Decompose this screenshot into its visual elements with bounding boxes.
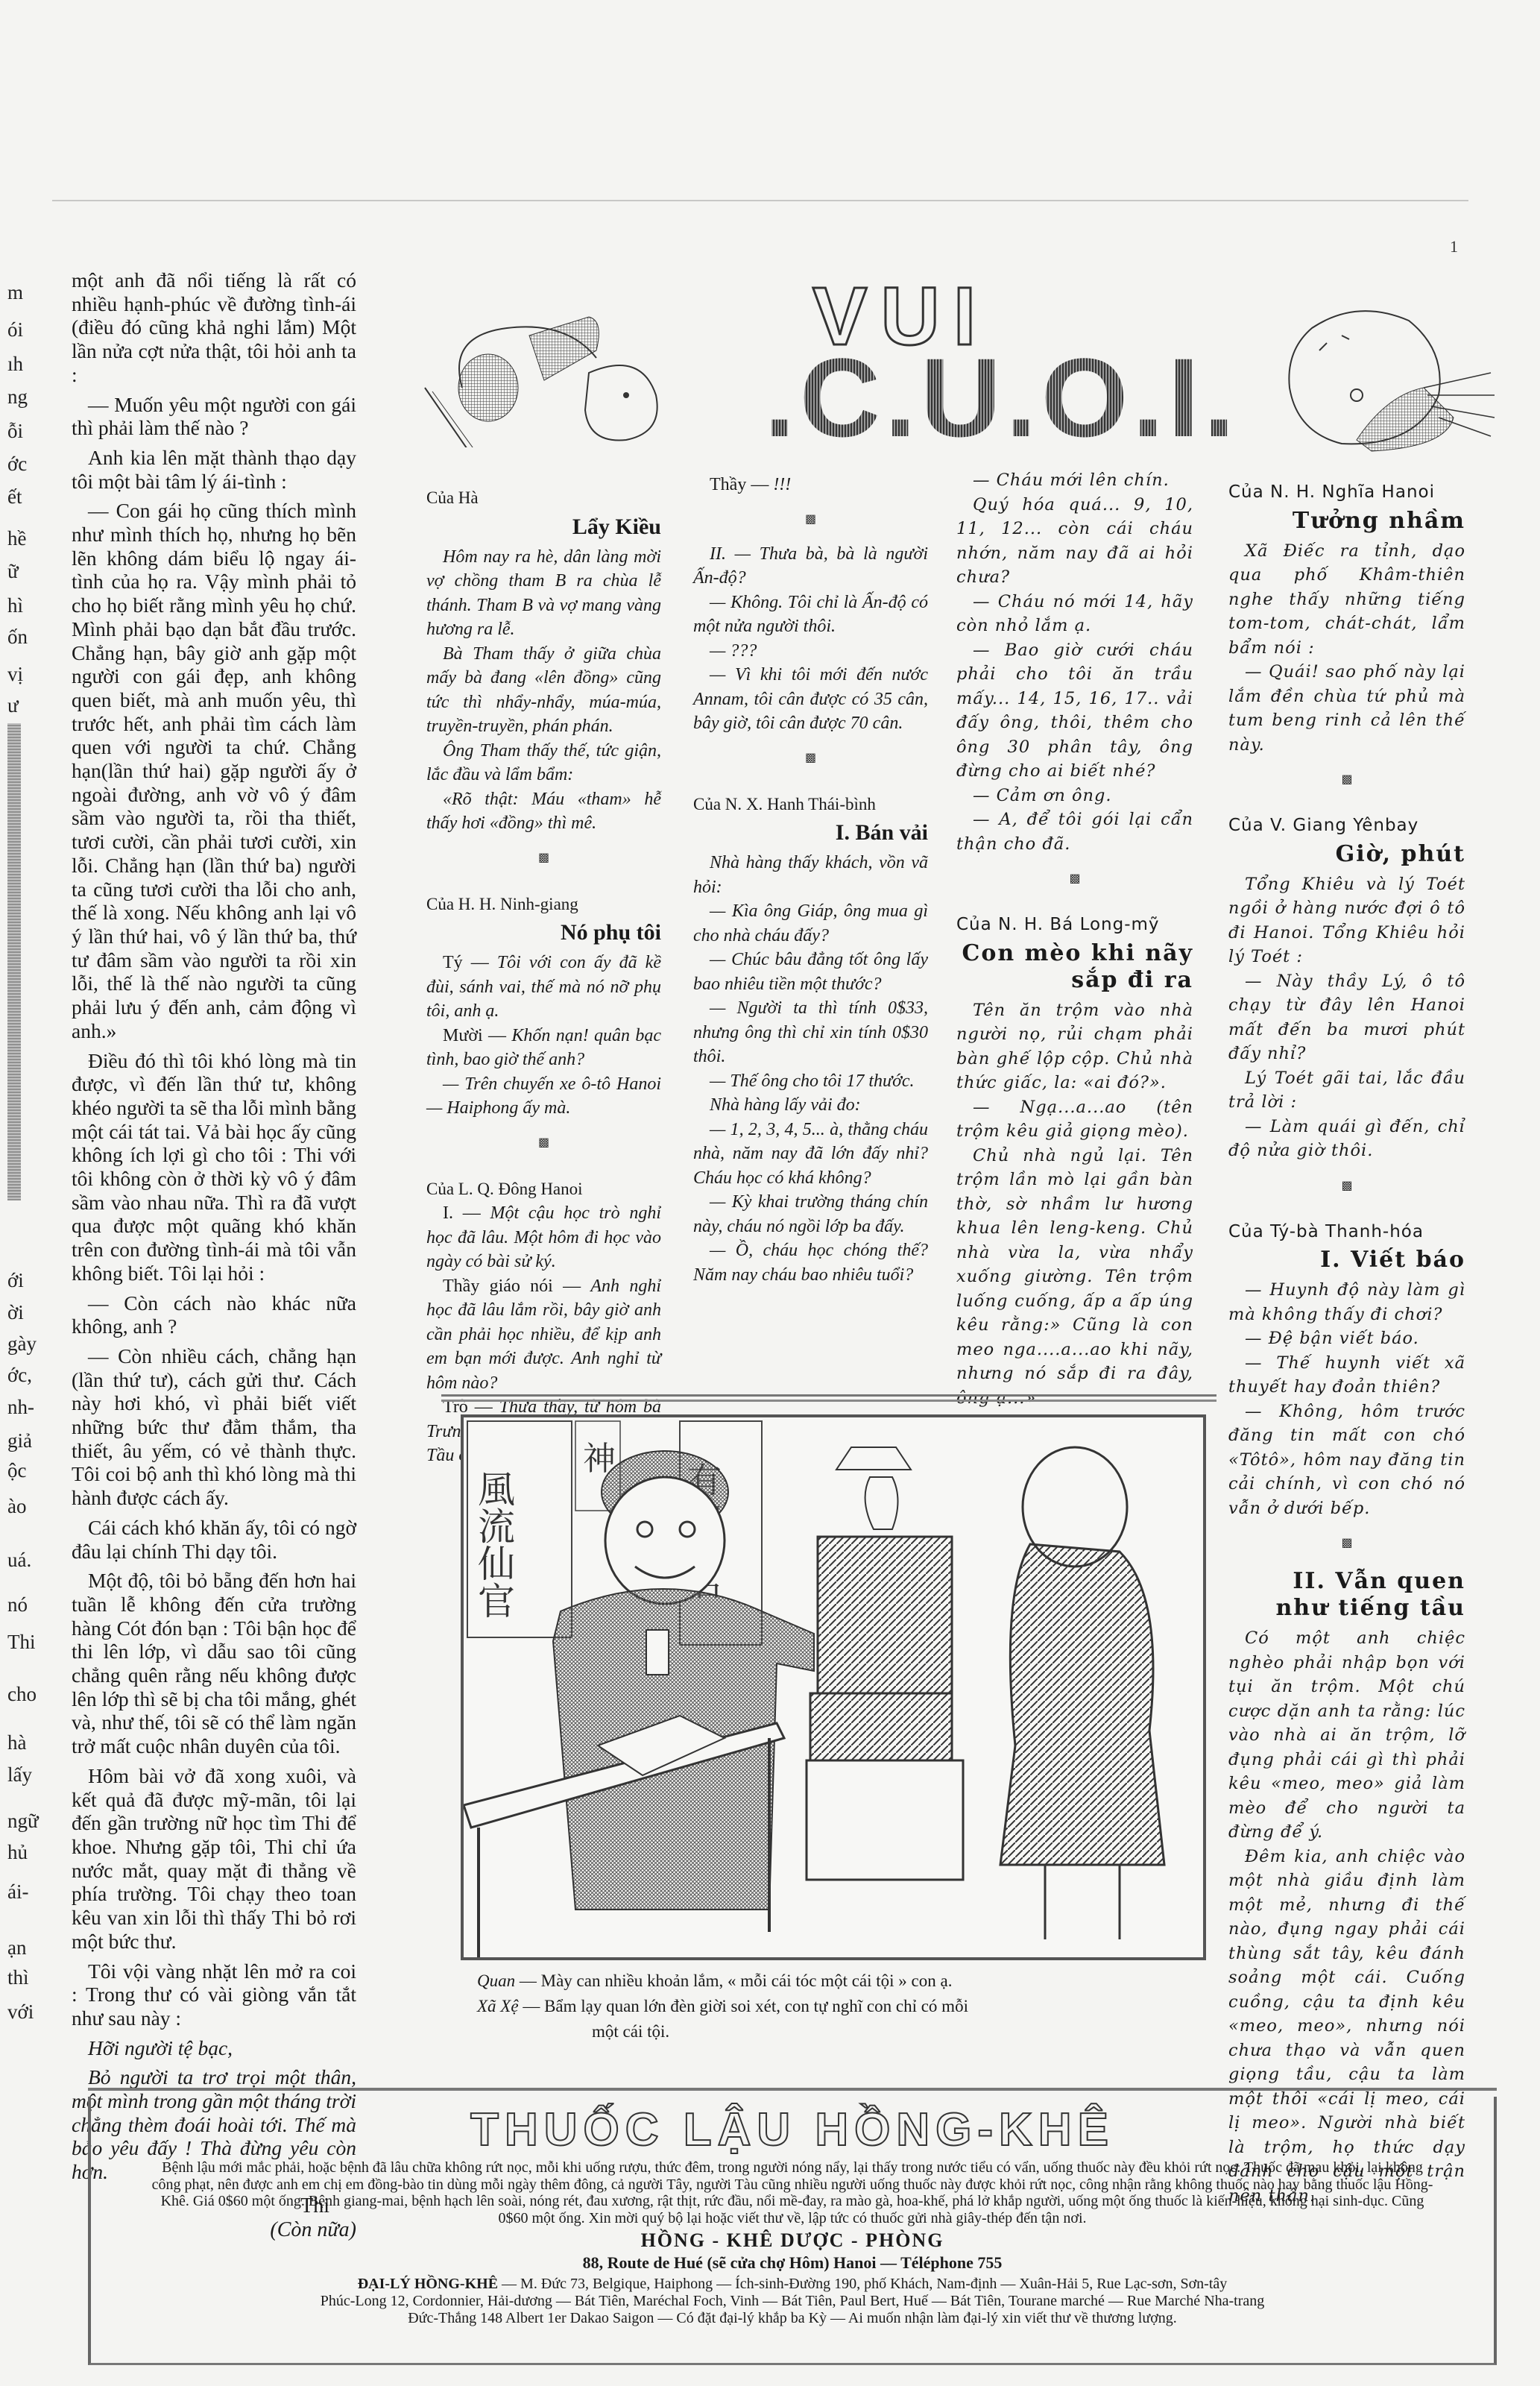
- joke-line: — Bao giờ cưới cháu phải cho tôi ăn trầu…: [956, 638, 1193, 784]
- caption-line: một cái tội.: [477, 2019, 1215, 2045]
- section-separator-icon: ▩: [956, 856, 1193, 901]
- section-separator-icon: ▩: [1228, 1520, 1465, 1565]
- joke-line: Thầy — !!!: [693, 473, 928, 497]
- section-separator-icon: ▩: [426, 836, 661, 881]
- bleed-fragment: hủ: [7, 1836, 28, 1869]
- caption-speaker: Xã Xệ: [477, 1997, 519, 2015]
- bleed-fragment: ớc: [7, 447, 27, 480]
- bleed-fragment: với: [7, 1995, 34, 2028]
- joke-byline: Của Hà: [426, 486, 661, 511]
- joke-byline: Của V. Giang Yênbay: [1228, 813, 1465, 838]
- joke-line: — Vì khi tôi mới đến nước Annam, tôi cân…: [693, 663, 928, 736]
- joke-line: — Đệ bận viết báo.: [1228, 1326, 1465, 1351]
- joke-line: Xã Điếc ra tỉnh, dạo qua phố Khâm-thiên …: [1228, 539, 1465, 661]
- joke-line: — Trên chuyến xe ô-tô Hanoi — Haiphong ấ…: [426, 1072, 661, 1121]
- joke-paragraph: Hôm nay ra hè, dân làng mời vợ chồng tha…: [426, 545, 661, 642]
- joke-byline: Của L. Q. Đông Hanoi: [426, 1177, 661, 1202]
- story-paragraph: — Muốn yêu một người con gái thì phải là…: [72, 393, 356, 440]
- speaker: Mười —: [443, 1026, 511, 1045]
- joke-line: — Người ta thì tính 0$33, nhưng ông thì …: [693, 996, 928, 1069]
- cartoon-drawing-icon: 風流仙官 神 有仙則名: [464, 1417, 1203, 1957]
- dialogue: !!!: [773, 475, 791, 494]
- caption-line: Xã Xệ — Bẩm lạy quan lớn đèn giời soi xé…: [477, 1994, 1215, 2019]
- caption-text: — Mày can nhiều khoản lắm, « mỗi cái tóc…: [515, 1971, 952, 1990]
- joke-line: — 1, 2, 3, 4, 5... à, thằng cháu nhà, nă…: [693, 1118, 928, 1191]
- bleed-fragment: ỗi: [7, 415, 23, 447]
- ad-agents-line: Đức-Thắng 148 Albert 1er Dakao Saigon — …: [91, 2310, 1494, 2327]
- page-edge-shadow: [7, 723, 21, 1200]
- section-separator-icon: ▩: [693, 736, 928, 781]
- bleed-fragment: thì: [7, 1961, 29, 1994]
- section-masthead: VUI .C.U.O.I.: [417, 276, 1498, 455]
- joke-line: Tên ăn trộm vào nhà người nọ, rủi chạm p…: [956, 998, 1193, 1095]
- joke-line: — Kìa ông Giáp, ông mua gì cho nhà cháu …: [693, 899, 928, 948]
- speaker: Thầy —: [710, 475, 773, 494]
- story-paragraph: Điều đó thì tôi khó lòng mà tin được, vì…: [72, 1049, 356, 1285]
- section-separator-icon: ▩: [693, 497, 928, 542]
- joke-title: Lẩy Kiều: [426, 514, 661, 541]
- joke-line: Nhà hàng lấy vải đo:: [693, 1093, 928, 1118]
- joke-line: — Cảm ơn ông.: [956, 784, 1193, 808]
- joke-line: II. — Thưa bà, bà là người Ấn-độ?: [693, 542, 928, 591]
- medicine-advertisement: THUỐC LẬU HỒNG-KHÊ Bệnh lậu mới mắc phải…: [88, 2097, 1497, 2365]
- joke-title: I. Bán vải: [693, 819, 928, 846]
- story-paragraph: Một độ, tôi bỏ bẵng đến hơn hai tuần lễ …: [72, 1569, 356, 1758]
- speaker: Thầy giáo nói —: [443, 1277, 590, 1296]
- joke-line: — Cháu nó mới 14, hãy còn nhỏ lắm ạ.: [956, 590, 1193, 638]
- logo-cuoi: .C.U.O.I.: [764, 341, 1239, 453]
- caricature-right-icon: [1267, 283, 1506, 455]
- joke-line: — ???: [693, 639, 928, 664]
- speaker: I. —: [443, 1203, 490, 1223]
- bleed-fragment: ói: [7, 313, 23, 346]
- ad-title: THUỐC LẬU HỒNG-KHÊ: [91, 2104, 1494, 2156]
- section-separator-icon: ▩: [1228, 1163, 1465, 1208]
- joke-line: Lý Toét gãi tai, lắc đầu trả lời :: [1228, 1066, 1465, 1115]
- joke-paragraph: Bà Tham thấy ở giữa chùa mấy bà đang «lê…: [426, 642, 661, 739]
- bleed-fragment: vị: [7, 658, 23, 690]
- joke-line: Có một anh chiệc nghèo phải nhập bọn với…: [1228, 1626, 1465, 1845]
- bleed-fragment: ng: [7, 380, 28, 413]
- bleed-fragment: ớc,: [7, 1359, 32, 1391]
- page-top-rule: [52, 200, 1468, 201]
- bleed-fragment: lấy: [7, 1758, 32, 1791]
- ad-address: 88, Route de Hué (sẽ cửa chợ Hôm) Hanoi …: [91, 2253, 1494, 2273]
- joke-byline: Của N. H. Bá Long-mỹ: [956, 913, 1193, 937]
- bleed-fragment: ữ: [7, 555, 19, 588]
- joke-line: — Quái! sao phố này lại lắm đền chùa tứ …: [1228, 660, 1465, 757]
- joke-line: — A, để tôi gói lại cẩn thận cho đã.: [956, 808, 1193, 856]
- joke-byline: Của N. X. Hanh Thái-bình: [693, 793, 928, 817]
- joke-line: — Huynh độ này làm gì mà không thấy đi c…: [1228, 1278, 1465, 1326]
- serial-story-column: một anh đã nổi tiếng là rất có nhiều hạn…: [72, 268, 356, 2241]
- joke-line: Mười — Khốn nạn! quân bạc tình, bao giờ …: [426, 1024, 661, 1072]
- joke-byline: Của N. H. Nghĩa Hanoi: [1228, 480, 1465, 505]
- bleed-fragment: ới: [7, 1264, 24, 1297]
- joke-line: — Cháu mới lên chín.: [956, 468, 1193, 493]
- joke-line: — Thế ông cho tôi 17 thước.: [693, 1069, 928, 1094]
- joke-line: — Thế huynh viết xã thuyết hay đoản thiê…: [1228, 1351, 1465, 1400]
- joke-line: Tổng Khiêu và lý Toét ngồi ở hàng nước đ…: [1228, 872, 1465, 969]
- joke-line: Thầy giáo nói — Anh nghỉ học đã lâu lắm …: [426, 1274, 661, 1396]
- joke-title: Con mèo khi nãy sắp đi ra: [956, 940, 1193, 994]
- joke-byline: Của Tý-bà Thanh-hóa: [1228, 1220, 1465, 1244]
- letter-line: Hỡi người tệ bạc,: [72, 2036, 356, 2060]
- caption-speaker: Quan: [477, 1971, 515, 1990]
- ad-agents-label: ĐẠI-LÝ HỒNG-KHÊ: [358, 2276, 498, 2292]
- ad-agents: ĐẠI-LÝ HỒNG-KHÊ — M. Đức 73, Belgique, H…: [91, 2276, 1494, 2327]
- joke-line: Chủ nhà ngủ lại. Tên trộm lần mò lại gần…: [956, 1144, 1193, 1411]
- joke-line: Tý — Tôi với con ấy đã kề đùi, sánh vai,…: [426, 951, 661, 1024]
- joke-title: I. Viết báo: [1228, 1247, 1465, 1274]
- page-number: 1: [1450, 237, 1458, 256]
- story-paragraph: Hôm bài vở đã xong xuôi, và kết quả đã đ…: [72, 1764, 356, 1954]
- joke-line: — Chúc bâu đẳng tốt ông lấy bao nhiêu ti…: [693, 948, 928, 996]
- bleed-fragment: giả: [7, 1424, 32, 1457]
- story-paragraph: — Con gái họ cũng thích mình như mình th…: [72, 499, 356, 1042]
- joke-title: Tưởng nhầm: [1228, 508, 1465, 535]
- joke-column-3: Thầy — !!! ▩ II. — Thưa bà, bà là người …: [693, 474, 928, 1287]
- story-paragraph: — Còn nhiều cách, chẳng hạn (lần thứ tư)…: [72, 1344, 356, 1510]
- bleed-fragment: gày: [7, 1327, 37, 1360]
- caption-line: Quan — Mày can nhiều khoản lắm, « mỗi cá…: [477, 1968, 1215, 1994]
- bleed-fragment: nh-: [7, 1391, 34, 1423]
- joke-line: — Kỳ khai trường tháng chín này, cháu nó…: [693, 1190, 928, 1238]
- joke-paragraph: «Rõ thật: Máu «tham» hễ thấy hơi «đồng» …: [426, 787, 661, 836]
- story-paragraph: một anh đã nổi tiếng là rất có nhiều hạn…: [72, 268, 356, 387]
- bleed-fragment: hề: [7, 522, 26, 555]
- joke-line: — Làm quái gì đến, chỉ độ nửa giờ thôi.: [1228, 1115, 1465, 1163]
- joke-title: II. Vẫn quen như tiếng tầu: [1228, 1568, 1465, 1622]
- caricature-left-icon: [417, 291, 686, 447]
- caption-text: — Bẩm lạy quan lớn đèn giời soi xét, con…: [519, 1997, 968, 2015]
- joke-line: I. — Một cậu học trò nghỉ học đã lâu. Mộ…: [426, 1201, 661, 1274]
- story-paragraph: Cái cách khó khăn ấy, tôi có ngờ đâu lại…: [72, 1516, 356, 1563]
- joke-title: Giờ, phút: [1228, 841, 1465, 868]
- bleed-fragment: hì: [7, 589, 23, 622]
- bleed-fragment: ái-: [7, 1875, 28, 1908]
- svg-text:風流仙官: 風流仙官: [472, 1470, 515, 1619]
- bleed-fragment: ư: [7, 689, 19, 722]
- joke-title: Nó phụ tôi: [426, 919, 661, 946]
- section-separator-icon: ▩: [1228, 757, 1465, 802]
- joke-paragraph: Ông Tham thấy thế, tức giận, lắc đầu và …: [426, 739, 661, 787]
- speaker: Tý —: [443, 953, 497, 972]
- section-separator-icon: ▩: [426, 1121, 661, 1165]
- story-paragraph: Anh kia lên mặt thành thạo dạy tôi một b…: [72, 446, 356, 493]
- bleed-fragment: ết: [7, 480, 22, 513]
- ad-top-rule: [88, 2088, 1497, 2091]
- ad-body: Bệnh lậu mới mắc phải, hoặc bệnh đã lâu …: [91, 2156, 1494, 2226]
- joke-line: — Ồ, cháu học chóng thế? Năm nay cháu ba…: [693, 1238, 928, 1287]
- story-paragraph: — Còn cách nào khác nữa không, anh ?: [72, 1291, 356, 1338]
- bleed-fragment: ıh: [7, 347, 23, 380]
- joke-line: — Ngạ...a...ao (tên trộm kêu giả giọng m…: [956, 1095, 1193, 1144]
- cartoon-top-rule: [441, 1394, 1216, 1402]
- joke-line: Quý hóa quá... 9, 10, 11, 12... còn cái …: [956, 493, 1193, 590]
- bleed-fragment: ào: [7, 1490, 26, 1523]
- joke-byline: Của H. H. Ninh-giang: [426, 893, 661, 917]
- cartoon-caption: Quan — Mày can nhiều khoản lắm, « mỗi cá…: [477, 1968, 1215, 2045]
- joke-column-2: Của Hà Lẩy Kiều Hôm nay ra hè, dân làng …: [426, 474, 661, 1468]
- joke-line: Nhà hàng thấy khách, vồn vã hỏi:: [693, 851, 928, 899]
- bleed-fragment: hà: [7, 1726, 26, 1759]
- ad-agents-line: Phúc-Long 12, Cordonnier, Hải-dương — Bá…: [91, 2293, 1494, 2310]
- joke-line: — Này thầy Lý, ô tô chạy từ đây lên Hano…: [1228, 969, 1465, 1066]
- bleed-fragment: cho: [7, 1678, 37, 1710]
- bleed-fragment: m: [7, 276, 23, 309]
- bleed-fragment: ạn: [7, 1931, 26, 1964]
- joke-line: — Không. Tôi chỉ là Ấn-độ có một nửa ngư…: [693, 591, 928, 639]
- ad-pharmacy-name: HỒNG - KHÊ DƯỢC - PHÒNG: [91, 2229, 1494, 2252]
- bleed-fragment: nó: [7, 1588, 28, 1621]
- bleed-fragment: ốn: [7, 620, 28, 653]
- ad-agents-line: — M. Đức 73, Belgique, Haiphong — Ích-si…: [498, 2276, 1227, 2292]
- joke-line: — Không, hôm trước đăng tin mất con chó …: [1228, 1400, 1465, 1521]
- joke-column-4: — Cháu mới lên chín. Quý hóa quá... 9, 1…: [956, 468, 1193, 1410]
- story-paragraph: Tôi vội vàng nhặt lên mở ra coi : Trong …: [72, 1960, 356, 2030]
- joke-column-5: Của N. H. Nghĩa Hanoi Tưởng nhầm Xã Điếc…: [1228, 468, 1465, 2208]
- bleed-fragment: uá.: [7, 1543, 31, 1576]
- bleed-fragment: Thi: [7, 1625, 36, 1658]
- bleed-fragment: ộc: [7, 1454, 26, 1487]
- bleed-fragment: ời: [7, 1296, 24, 1329]
- cartoon-illustration: 風流仙官 神 有仙則名: [461, 1414, 1206, 1960]
- bleed-fragment: ngữ: [7, 1804, 39, 1837]
